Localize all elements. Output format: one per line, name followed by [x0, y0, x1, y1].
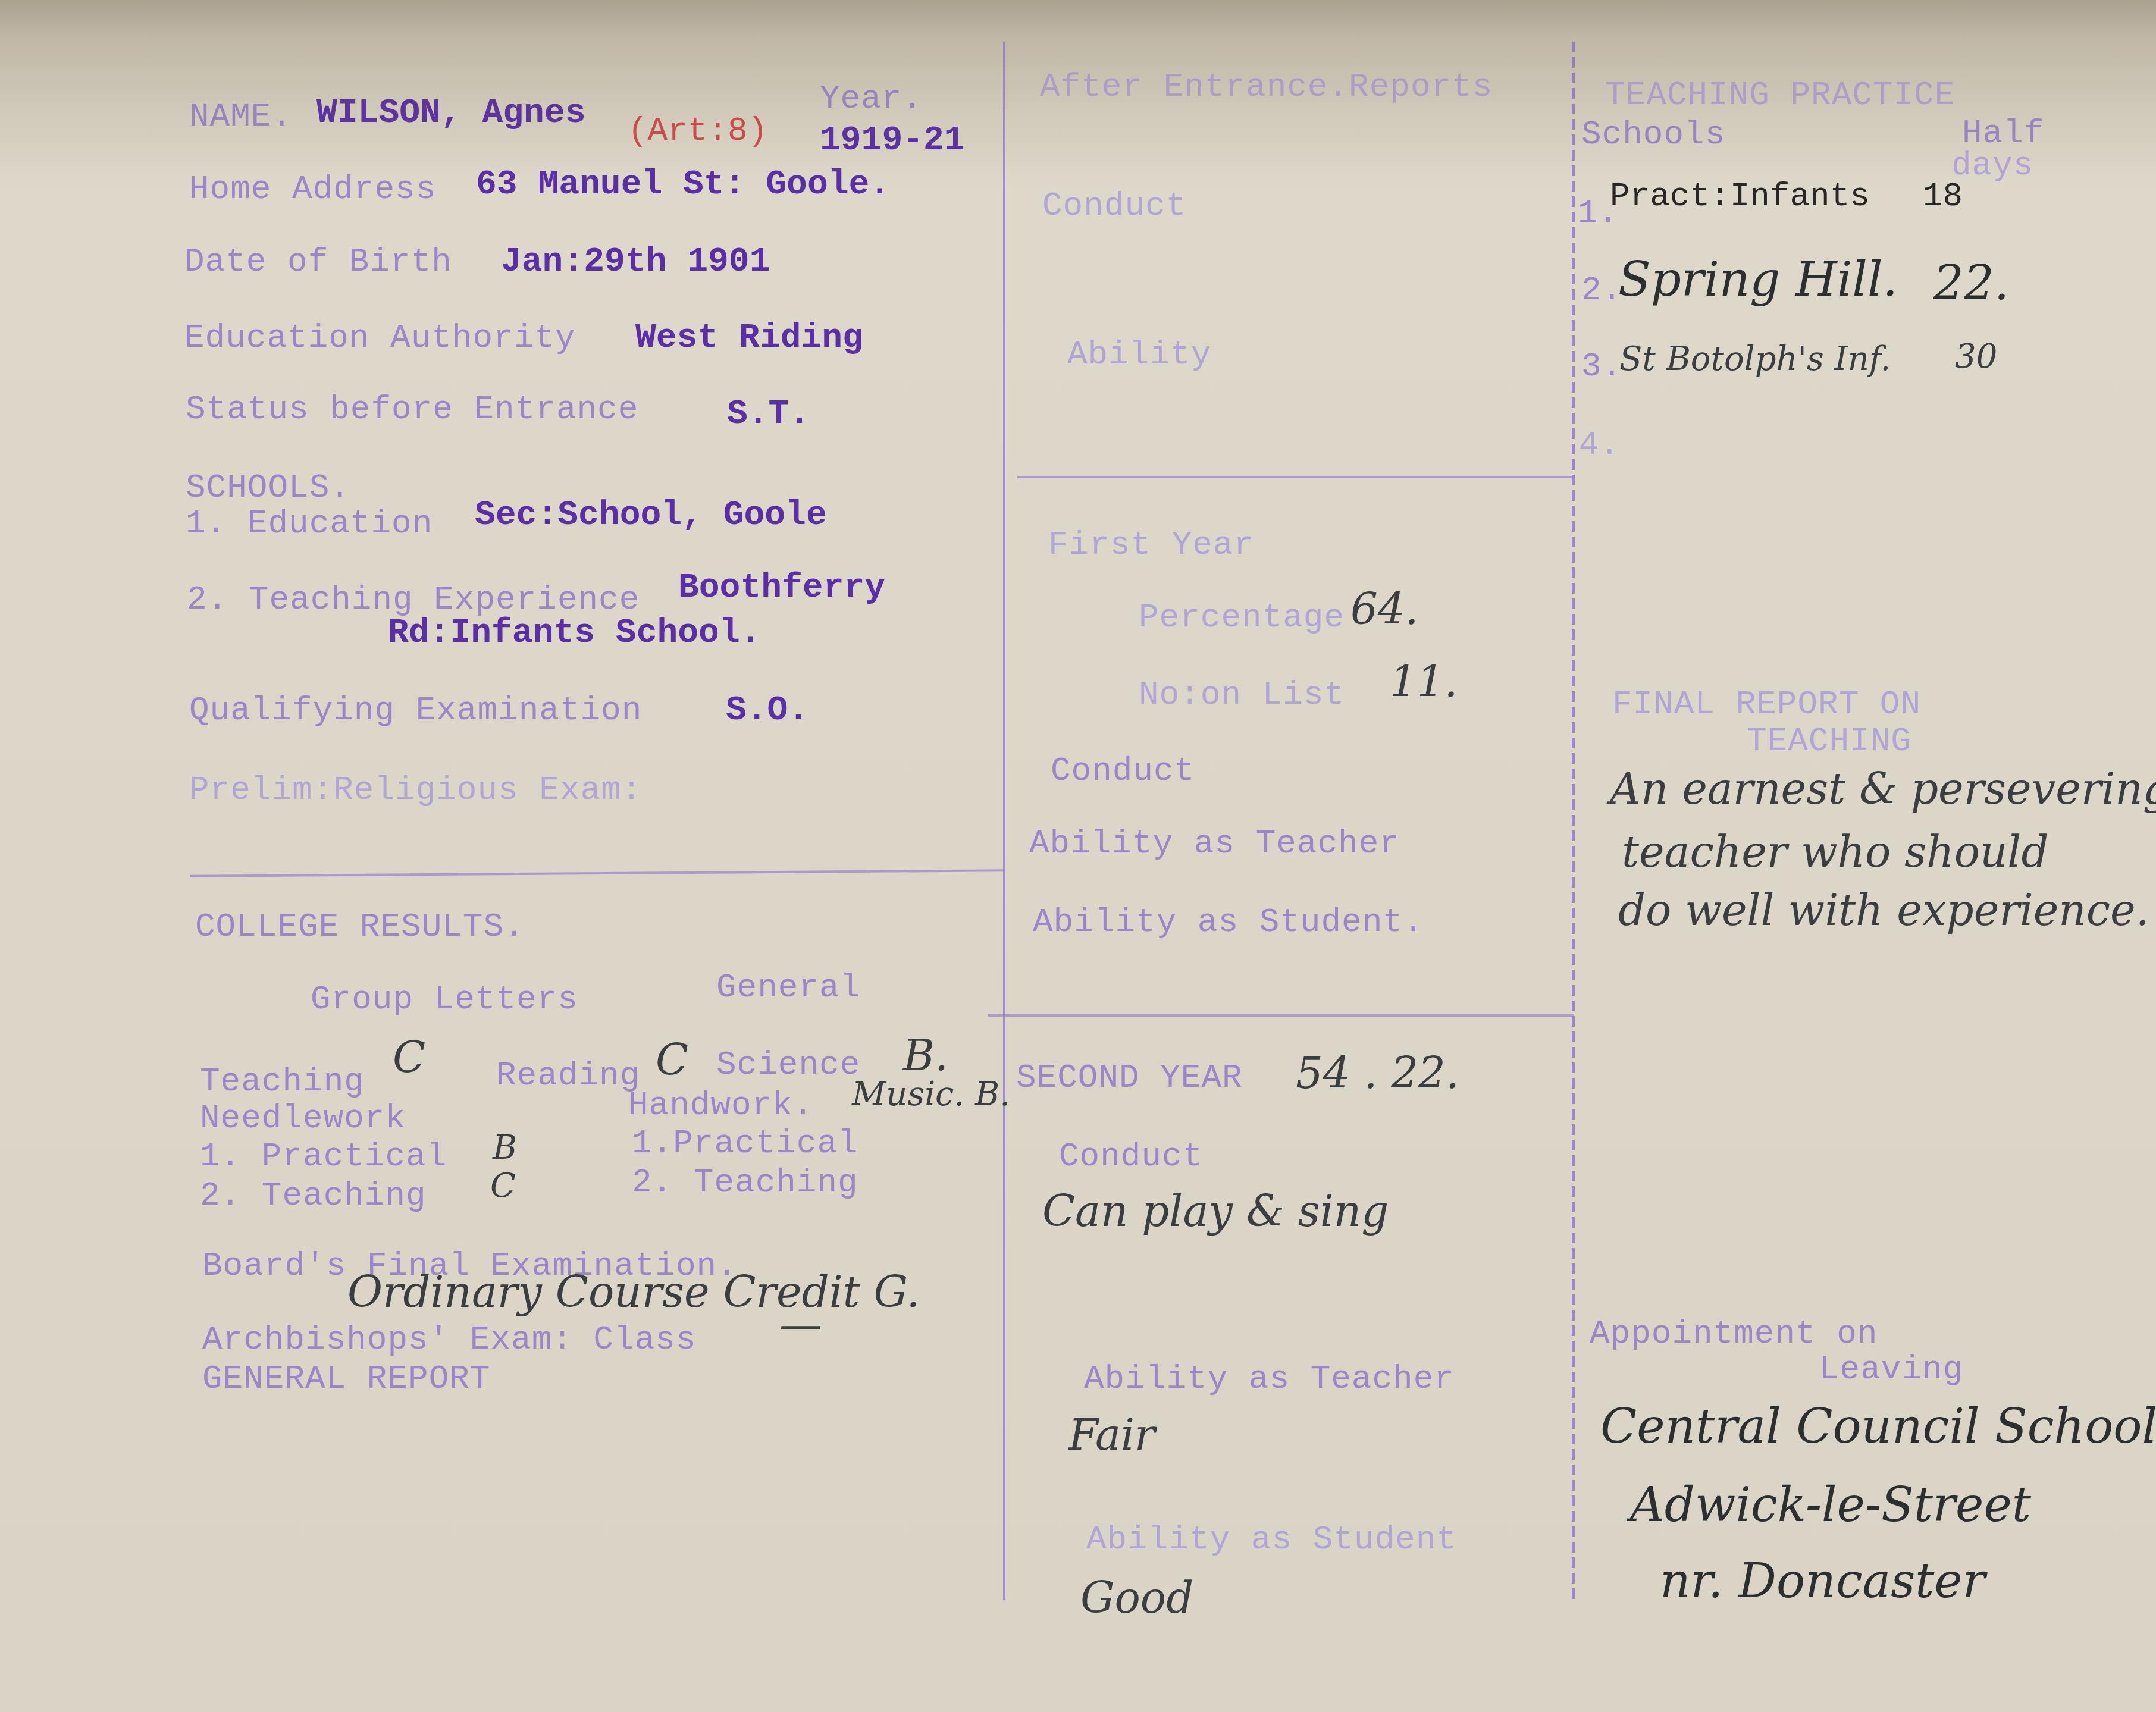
dob-label: Date of Birth	[184, 245, 452, 278]
second-year-value: 54 . 22.	[1296, 1052, 1459, 1095]
second-year-ability-student-label: Ability as Student	[1086, 1523, 1457, 1556]
final-report-line-1: An earnest & persevering	[1610, 767, 2156, 810]
after-entrance-heading: After Entrance.Reports	[1040, 70, 1493, 104]
handwork-label: Handwork.	[628, 1089, 813, 1122]
needlework-practical-grade: B	[493, 1131, 517, 1165]
practice-num-2: 2.	[1581, 274, 1622, 307]
practice-half-days-1: 18	[1923, 180, 1963, 213]
status-value: S.T.	[727, 397, 810, 432]
practice-num-4: 4.	[1579, 428, 1620, 462]
reading-grade: C	[656, 1039, 688, 1081]
first-year-ability-teacher-label: Ability as Teacher	[1029, 827, 1400, 860]
list-value: 11.	[1390, 660, 1458, 703]
divider-left-middle	[1003, 42, 1005, 1600]
practice-half-days-3: 30	[1955, 340, 1997, 374]
education-authority-label: Education Authority	[184, 321, 576, 355]
first-year-ability-student-label: Ability as Student.	[1033, 905, 1424, 939]
handwork-teaching-label: 2. Teaching	[632, 1166, 858, 1199]
group-letters-heading: Group Letters	[311, 983, 578, 1016]
divider-middle-second-year	[988, 1014, 1574, 1017]
appointment-line-2: Adwick-le-Street	[1630, 1481, 2031, 1529]
second-year-ability-teacher-label: Ability as Teacher	[1084, 1362, 1455, 1396]
needlework-label: Needlework	[200, 1102, 406, 1135]
appointment-line-3: nr. Doncaster	[1660, 1557, 1985, 1605]
status-label: Status before Entrance	[186, 393, 638, 426]
final-report-heading-line1: FINAL REPORT ON	[1612, 688, 1921, 721]
appointment-heading-line2: Leaving	[1819, 1353, 1963, 1386]
after-entrance-ability-label: Ability	[1067, 338, 1211, 371]
archbishops-value: —	[779, 1303, 822, 1346]
teaching-practice-heading: TEACHING PRACTICE	[1605, 79, 1955, 112]
qualifying-value: S.O.	[726, 694, 808, 728]
qualifying-label: Qualifying Examination	[189, 694, 642, 727]
dob-value: Jan:29th 1901	[501, 245, 770, 280]
final-report-line-3: do well with experience.	[1618, 889, 2149, 932]
science-grade: B.	[903, 1034, 948, 1077]
appointment-heading-line1: Appointment on	[1590, 1317, 1878, 1350]
school2-value-line2: Rd:Infants School.	[388, 616, 761, 651]
practice-schools-label: Schools	[1581, 118, 1725, 151]
after-entrance-conduct-label: Conduct	[1042, 189, 1186, 222]
needlework-teaching-grade: C	[490, 1169, 516, 1203]
general-heading: General	[716, 971, 860, 1004]
percentage-label: Percentage	[1139, 601, 1345, 634]
practice-half-days-2: 22.	[1933, 259, 2009, 307]
name-value: WILSON, Agnes	[316, 96, 585, 131]
college-results-heading: COLLEGE RESULTS.	[195, 910, 525, 943]
practice-school-3: St Botolph's Inf.	[1619, 343, 1891, 376]
science-label: Science	[716, 1048, 860, 1081]
divider-middle-right	[1572, 42, 1575, 1600]
school2-label: 2. Teaching Experience	[187, 583, 640, 616]
needlework-practical-label: 1. Practical	[200, 1140, 447, 1173]
home-address-value: 63 Manuel St: Goole.	[476, 168, 890, 202]
needlework-teaching-label: 2. Teaching	[200, 1179, 427, 1212]
prelim-label: Prelim:Religious Exam:	[189, 773, 642, 807]
divider-left-college	[190, 869, 1005, 877]
first-year-heading: First Year	[1048, 528, 1254, 562]
article-note: (Art:8)	[628, 114, 767, 148]
practice-half-days-label: Half	[1962, 117, 2044, 150]
teaching-grade: C	[393, 1036, 425, 1079]
year-value: 1919-21	[820, 124, 965, 158]
second-year-heading: SECOND YEAR	[1016, 1061, 1243, 1095]
list-label: No:on List	[1139, 678, 1345, 711]
practice-days-label: days	[1951, 149, 2033, 182]
second-year-conduct-label: Conduct	[1059, 1140, 1203, 1173]
reading-label: Reading	[496, 1059, 640, 1092]
second-year-ability-teacher-value: Fair	[1068, 1413, 1155, 1456]
schools-heading: SCHOOLS.	[186, 471, 350, 504]
student-record-card: NAME. WILSON, Agnes (Art:8) Year. 1919-2…	[0, 0, 2156, 1712]
archbishops-label: Archbishops' Exam: Class	[202, 1323, 697, 1356]
divider-middle-first-year	[1017, 476, 1574, 478]
practice-school-2: Spring Hill.	[1618, 256, 1898, 303]
school2-value-line1: Boothferry	[678, 571, 885, 606]
education-authority-value: West Riding	[635, 321, 863, 356]
music-note: Music. B.	[852, 1078, 1010, 1111]
practice-num-3: 3.	[1581, 350, 1622, 383]
year-label: Year.	[820, 82, 923, 115]
second-year-ability-student-value: Good	[1080, 1576, 1193, 1619]
second-year-conduct-value: Can play & sing	[1042, 1190, 1389, 1233]
teaching-label: Teaching	[200, 1065, 365, 1098]
home-address-label: Home Address	[189, 173, 436, 206]
name-label: NAME.	[189, 100, 292, 133]
general-report-label: GENERAL REPORT	[202, 1362, 490, 1396]
final-report-heading-line2: TEACHING	[1747, 725, 1911, 758]
first-year-conduct-label: Conduct	[1051, 754, 1195, 788]
school1-label: 1. Education	[186, 507, 433, 540]
boards-final-value: Ordinary Course Credit G.	[347, 1271, 920, 1313]
final-report-line-2: teacher who should	[1622, 830, 2048, 873]
practice-school-1: Pract:Infants	[1610, 180, 1870, 213]
handwork-practical-label: 1.Practical	[632, 1127, 858, 1160]
percentage-value: 64.	[1350, 588, 1419, 631]
appointment-line-1: Central Council School.	[1600, 1403, 2156, 1450]
school1-value: Sec:School, Goole	[475, 498, 827, 533]
